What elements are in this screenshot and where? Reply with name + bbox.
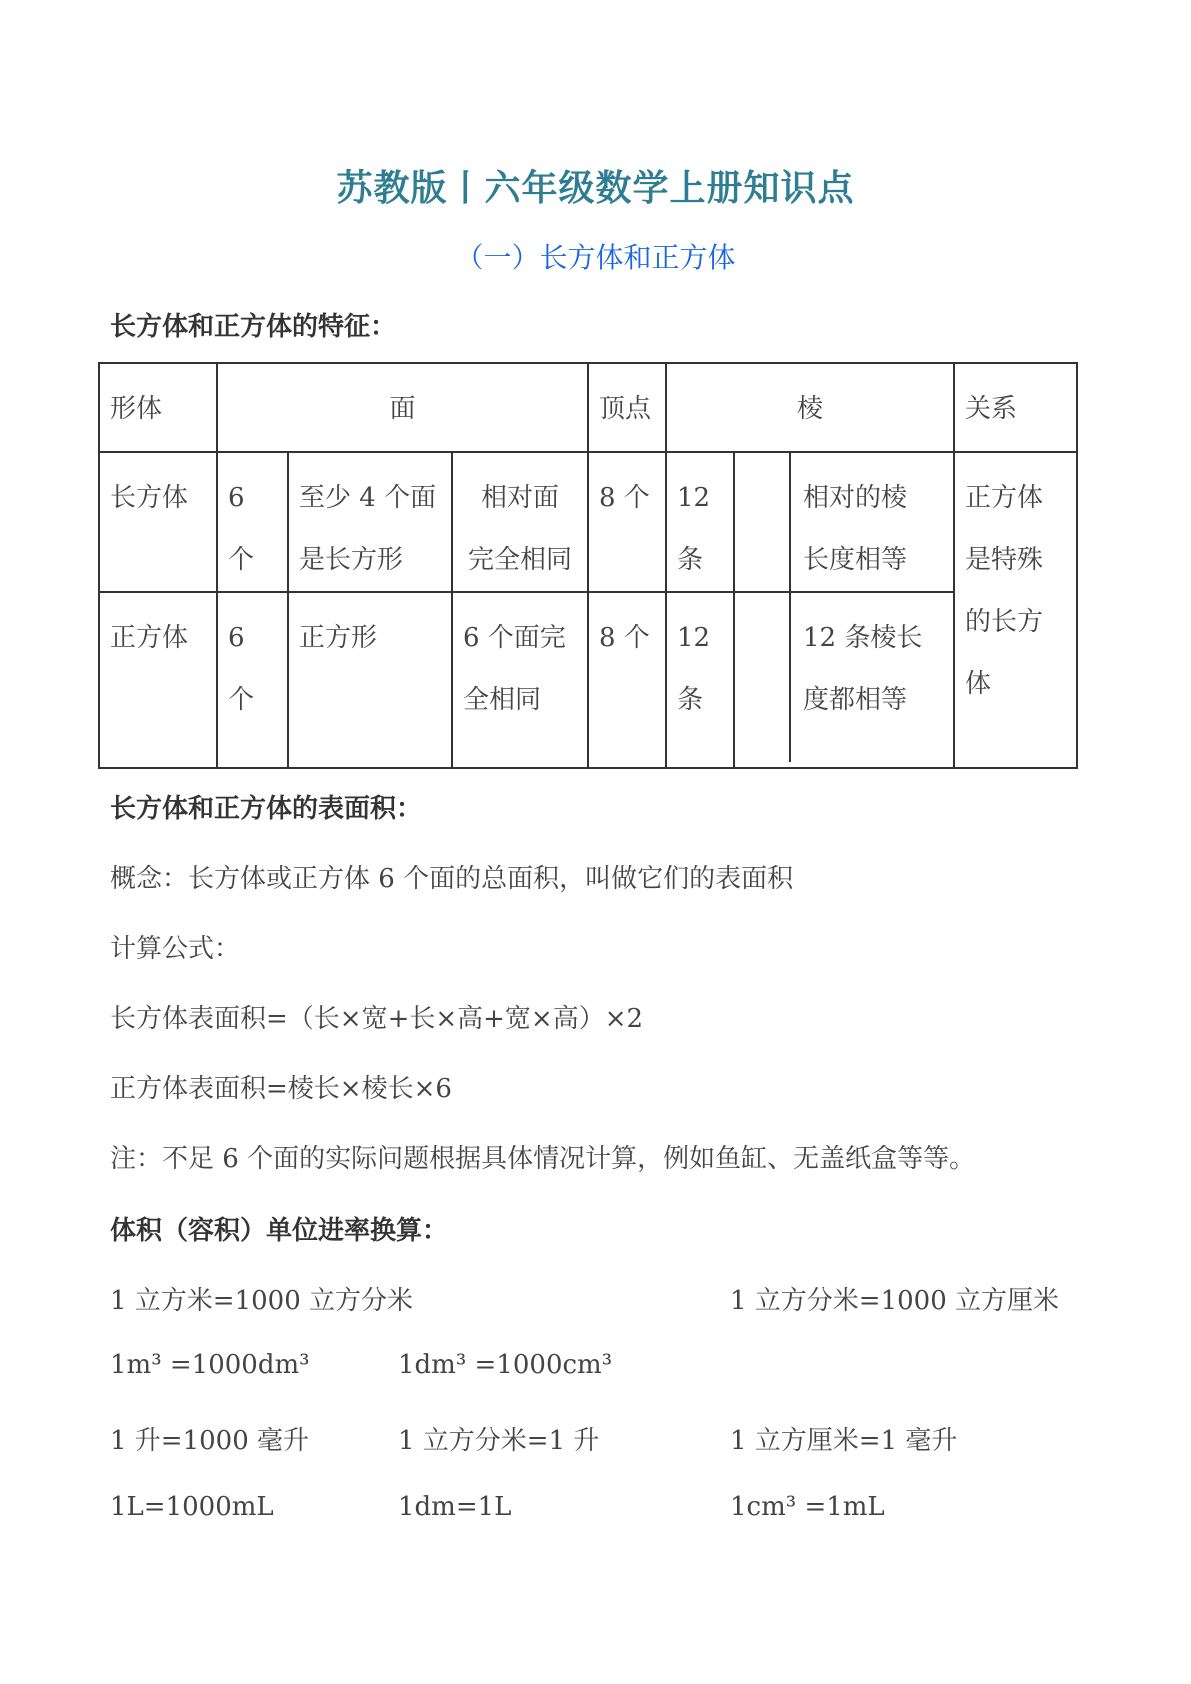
conversion-item: 1cm³ =1mL: [730, 1492, 885, 1522]
cell-shape: 正方体: [99, 592, 217, 768]
surface-area-heading: 长方体和正方体的表面积：: [110, 788, 422, 825]
conversion-item: 1 立方分米=1000 立方厘米: [730, 1280, 1059, 1317]
cuboid-formula: 长方体表面积=（长×宽+长×高+宽×高）×2: [110, 998, 643, 1035]
header-edge: 棱: [666, 363, 954, 452]
cell-edge-count: 12 条: [666, 592, 734, 768]
conversion-item: 1 立方米=1000 立方分米: [110, 1280, 413, 1317]
header-vertex: 顶点: [588, 363, 666, 452]
conversion-item: 1m³ =1000dm³: [110, 1350, 310, 1380]
formula-label: 计算公式：: [110, 928, 240, 965]
section-subtitle: （一）长方体和正方体: [0, 236, 1191, 276]
cell-face-relation: 6 个面完 全相同: [452, 592, 588, 768]
header-relation: 关系: [954, 363, 1077, 452]
cell-relation: 正方体 是特殊 的长方 体: [954, 452, 1077, 768]
cell-edge-count: 12 条: [666, 452, 734, 592]
note-text: 注：不足 6 个面的实际问题根据具体情况计算，例如鱼缸、无盖纸盒等等。: [110, 1138, 975, 1175]
cell-shape: 长方体: [99, 452, 217, 592]
features-heading: 长方体和正方体的特征：: [110, 306, 396, 343]
concept-text: 概念：长方体或正方体 6 个面的总面积，叫做它们的表面积: [110, 858, 793, 895]
table-header-row: 形体 面 顶点 棱 关系: [99, 363, 1077, 452]
cell-face-shape: 正方形: [288, 592, 452, 768]
cube-formula: 正方体表面积=棱长×棱长×6: [110, 1068, 452, 1105]
header-face: 面: [217, 363, 588, 452]
conversion-item: 1 立方分米=1 升: [398, 1420, 599, 1457]
conversion-item: 1 立方厘米=1 毫升: [730, 1420, 957, 1457]
conversion-item: 1dm³ =1000cm³: [398, 1350, 612, 1380]
page-title: 苏教版丨六年级数学上册知识点: [0, 160, 1191, 211]
conversion-item: 1 升=1000 毫升: [110, 1420, 309, 1457]
conversion-item: 1dm=1L: [398, 1492, 511, 1522]
conversion-item: 1L=1000mL: [110, 1492, 274, 1522]
header-shape: 形体: [99, 363, 217, 452]
volume-units-heading: 体积（容积）单位进率换算：: [110, 1210, 448, 1247]
cell-vertices: 8 个: [588, 452, 666, 592]
cell-vertices: 8 个: [588, 592, 666, 768]
cell-face-relation: 相对面 完全相同: [452, 452, 588, 592]
cell-face-count: 6 个: [217, 452, 288, 592]
cell-face-shape: 至少 4 个面 是长方形: [288, 452, 452, 592]
cell-face-count: 6 个: [217, 592, 288, 768]
edge-subcolumn-divider: [789, 451, 791, 762]
